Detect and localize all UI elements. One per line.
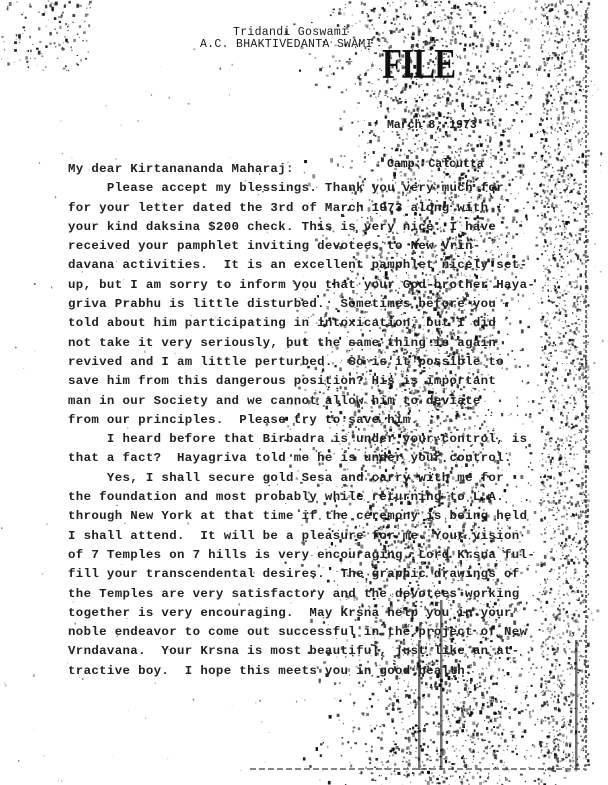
letter-line: through New York at that time if the cer… [68,507,588,526]
letter-line: together is very encouraging. May Krsna … [68,604,588,623]
letter-line: tractive boy. I hope this meets you in g… [68,662,588,681]
letter-line: not take it very seriously, but the same… [68,334,588,353]
letter-line: the foundation and most probably while r… [68,488,588,507]
letter-line: noble endeavor to come out successful in… [68,623,588,642]
letter-date: March 8, 1973 [387,119,484,132]
letter-line: griva Prabhu is little disturbed. Someti… [68,295,588,314]
letter-line: from our principles. Please try to save … [68,411,588,430]
letter-line: received your pamphlet inviting devotees… [68,237,588,256]
letter-body: My dear Kirtanananda Maharaj: Please acc… [68,160,588,681]
letter-line: told about him participating in intoxica… [68,314,588,333]
letter-line: Vrndavana. Your Krsna is most beautiful,… [68,642,588,661]
letter-line: of 7 Temples on 7 hills is very encourag… [68,546,588,565]
letter-line: that a fact? Hayagriva told me he is und… [68,449,588,468]
letter-line: My dear Kirtanananda Maharaj: [68,160,588,179]
letter-line: Yes, I shall secure gold Sesa and carry … [68,469,588,488]
letter-line: up, but I am sorry to inform you that yo… [68,276,588,295]
letter-line: man in our Society and we cannot allow h… [68,392,588,411]
letter-line: revived and I am little perturbed. So is… [68,353,588,372]
letter-line: I shall attend. It will be a pleasure fo… [68,527,588,546]
letter-line: I heard before that Birbadra is under yo… [68,430,588,449]
page-border-right [585,10,587,760]
letterhead-name: A.C. BHAKTIVEDANTA SWAMI [200,38,373,51]
letter-line: the Temples are very satisfactory and th… [68,585,588,604]
letter-line: davana activities. It is an excellent pa… [68,256,588,275]
page-border-bottom [250,768,585,770]
letter-line: save him from this dangerous position? H… [68,372,588,391]
letter-line: your kind daksina $200 check. This is ve… [68,218,588,237]
letter-line: for your letter dated the 3rd of March 1… [68,199,588,218]
letter-line: Please accept my blessings. Thank you ve… [68,179,588,198]
file-stamp: FILE [382,44,455,86]
letter-line: fill your transcendental desires. The gr… [68,565,588,584]
